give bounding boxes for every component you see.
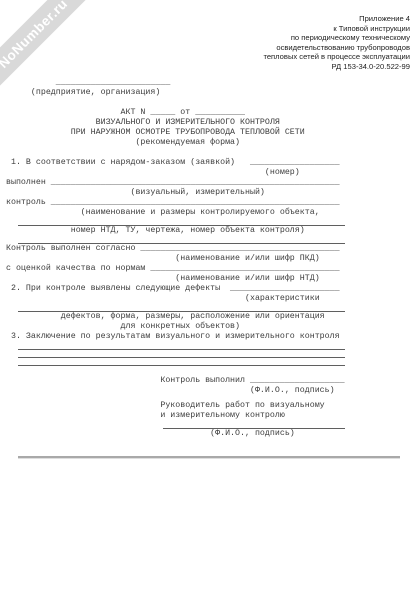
section-divider	[18, 456, 400, 459]
header-line-periodic: по периодическому техническому	[263, 33, 410, 43]
doc-text-row: и измерительному контролю	[6, 411, 420, 421]
doc-text-row: с оценкой качества по нормам ___________…	[6, 264, 420, 274]
fill-in-line	[18, 304, 345, 312]
doc-text-row: для конкретных объектов)	[6, 322, 420, 332]
fill-in-line	[18, 218, 345, 226]
doc-text-row: АКТ N _____ от __________	[6, 108, 420, 118]
appendix-header: Приложение 4 к Типовой инструкции по пер…	[263, 14, 410, 72]
doc-text-row: (визуальный, измерительный)	[6, 188, 420, 198]
doc-text-row: Контроль выполнен согласно _____________…	[6, 244, 420, 254]
fill-in-line	[163, 421, 345, 429]
watermark-text: NoNumber.ru	[0, 0, 70, 71]
header-line-appendix: Приложение 4	[263, 14, 410, 24]
fill-in-line	[18, 350, 345, 358]
fill-in-line	[18, 342, 345, 350]
doc-text-row: Контроль выполнил ___________________	[6, 376, 420, 386]
doc-text-row: (наименование и размеры контролируемого …	[6, 208, 420, 218]
doc-text-row: (Ф.И.О., подпись)	[6, 429, 420, 439]
doc-text-row: 1. В соответствии с нарядом-заказом (зая…	[6, 158, 420, 168]
doc-text-row: 2. При контроле выявлены следующие дефек…	[6, 284, 420, 294]
doc-text-row: (номер)	[6, 168, 420, 178]
doc-text-row: 3. Заключение по результатам визуального…	[6, 332, 420, 342]
doc-text-row: (характеристики	[6, 294, 420, 304]
document-body: _______________________ (предприятие, ор…	[6, 78, 420, 459]
header-line-instruction: к Типовой инструкции	[263, 24, 410, 34]
fill-in-line	[18, 358, 345, 366]
doc-text-row: (Ф.И.О., подпись)	[6, 386, 420, 396]
doc-text-row: дефектов, форма, размеры, расположение и…	[6, 312, 420, 322]
doc-text-row: (наименование и/или шифр НТД)	[6, 274, 420, 284]
doc-text-row: ПРИ НАРУЖНОМ ОСМОТРЕ ТРУБОПРОВОДА ТЕПЛОВ…	[6, 128, 420, 138]
header-line-inspection: освидетельствованию трубопроводов	[263, 43, 410, 53]
doc-text-row: (рекомендуемая форма)	[6, 138, 420, 148]
doc-text-row: контроль _______________________________…	[6, 198, 420, 208]
doc-text-row: (предприятие, организация)	[6, 88, 420, 98]
header-line-rd-number: РД 153-34.0-20.522-99	[263, 62, 410, 72]
header-line-networks: тепловых сетей в процессе эксплуатации	[263, 52, 410, 62]
spacer-row	[6, 148, 420, 158]
doc-text-row: (наименование и/или шифр ПКД)	[6, 254, 420, 264]
fill-in-line	[18, 236, 345, 244]
document-page: NoNumber.ru Приложение 4 к Типовой инстр…	[0, 0, 420, 600]
spacer-row	[6, 98, 420, 108]
spacer-row	[6, 366, 420, 376]
doc-text-row: выполнен _______________________________…	[6, 178, 420, 188]
doc-text-row: _______________________	[6, 78, 420, 88]
doc-text-row: номер НТД, ТУ, чертежа, номер объекта ко…	[6, 226, 420, 236]
doc-text-row: ВИЗУАЛЬНОГО И ИЗМЕРИТЕЛЬНОГО КОНТРОЛЯ	[6, 118, 420, 128]
doc-text-row: Руководитель работ по визуальному	[6, 401, 420, 411]
